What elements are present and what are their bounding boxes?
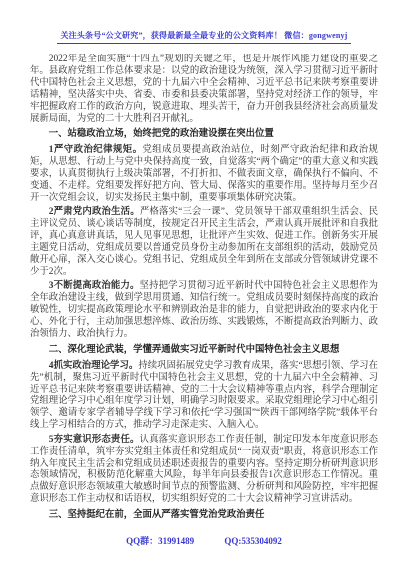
paragraph-lead: 5夯实意识形态责任。 xyxy=(49,435,140,445)
paragraph-lead: 2严肃党内政治生活。 xyxy=(49,207,140,217)
promo-header: 关注头条号“公文研究”，获得最新最全最专业的公文资料库！ 微信：gongweny… xyxy=(0,25,408,44)
paragraph: 2严肃党内政治生活。严格落实“三会一课”、党员领导干部双重组织生活会、民主评议党… xyxy=(30,207,378,278)
paragraph: 5夯实意识形态责任。认真落实意识形态工作责任制，制定印发本年度意识形态工作责任清… xyxy=(30,435,378,506)
paragraph-lead: 1严守政治纪律规矩。 xyxy=(49,145,143,155)
section-heading: 三、坚持挺纪在前，全面从严落实管党治党政治责任 xyxy=(30,510,378,522)
qq-number: QQ:535304092 xyxy=(224,536,282,546)
paragraph-lead: 3不断提高政治能力。 xyxy=(49,281,140,291)
document-body: 2022年是全面实施“十四五”规划的关键之年，也是开展作风能力建设的重要之年。县… xyxy=(30,54,378,532)
promo-header-text: 关注头条号“公文研究”，获得最新最全最专业的公文资料库！ 微信：gongweny… xyxy=(57,30,350,44)
paragraph: 2022年是全面实施“十四五”规划的关键之年，也是开展作风能力建设的重要之年。县… xyxy=(30,54,378,125)
paragraph: 1严守政治纪律规矩。党组成员要提高政治站位，时刻严守政治纪律和政治规矩，从思想、… xyxy=(30,145,378,205)
paragraph-lead: 4抓实政治理论学习。 xyxy=(49,361,139,371)
qq-group-number: QQ群：31991489 xyxy=(126,536,194,546)
section-heading: 二、深化理论武装，学懂弄通做实习近平新时代中国特色社会主义思想 xyxy=(30,345,378,357)
paragraph: 4抓实政治理论学习。持续巩固拓展党史学习教育成果，落实“思想引领、学习在先”机制… xyxy=(30,361,378,432)
paragraph: 3不断提高政治能力。坚持把学习贯彻习近平新时代中国特色社会主义思想作为全年政治建… xyxy=(30,281,378,341)
promo-footer: QQ群：31991489 QQ:535304092 xyxy=(0,534,408,547)
document-page: 关注头条号“公文研究”，获得最新最全最专业的公文资料库！ 微信：gongweny… xyxy=(0,0,408,580)
section-heading: 一、站稳政治立场，始终把党的政治建设摆在突出位置 xyxy=(30,129,378,141)
